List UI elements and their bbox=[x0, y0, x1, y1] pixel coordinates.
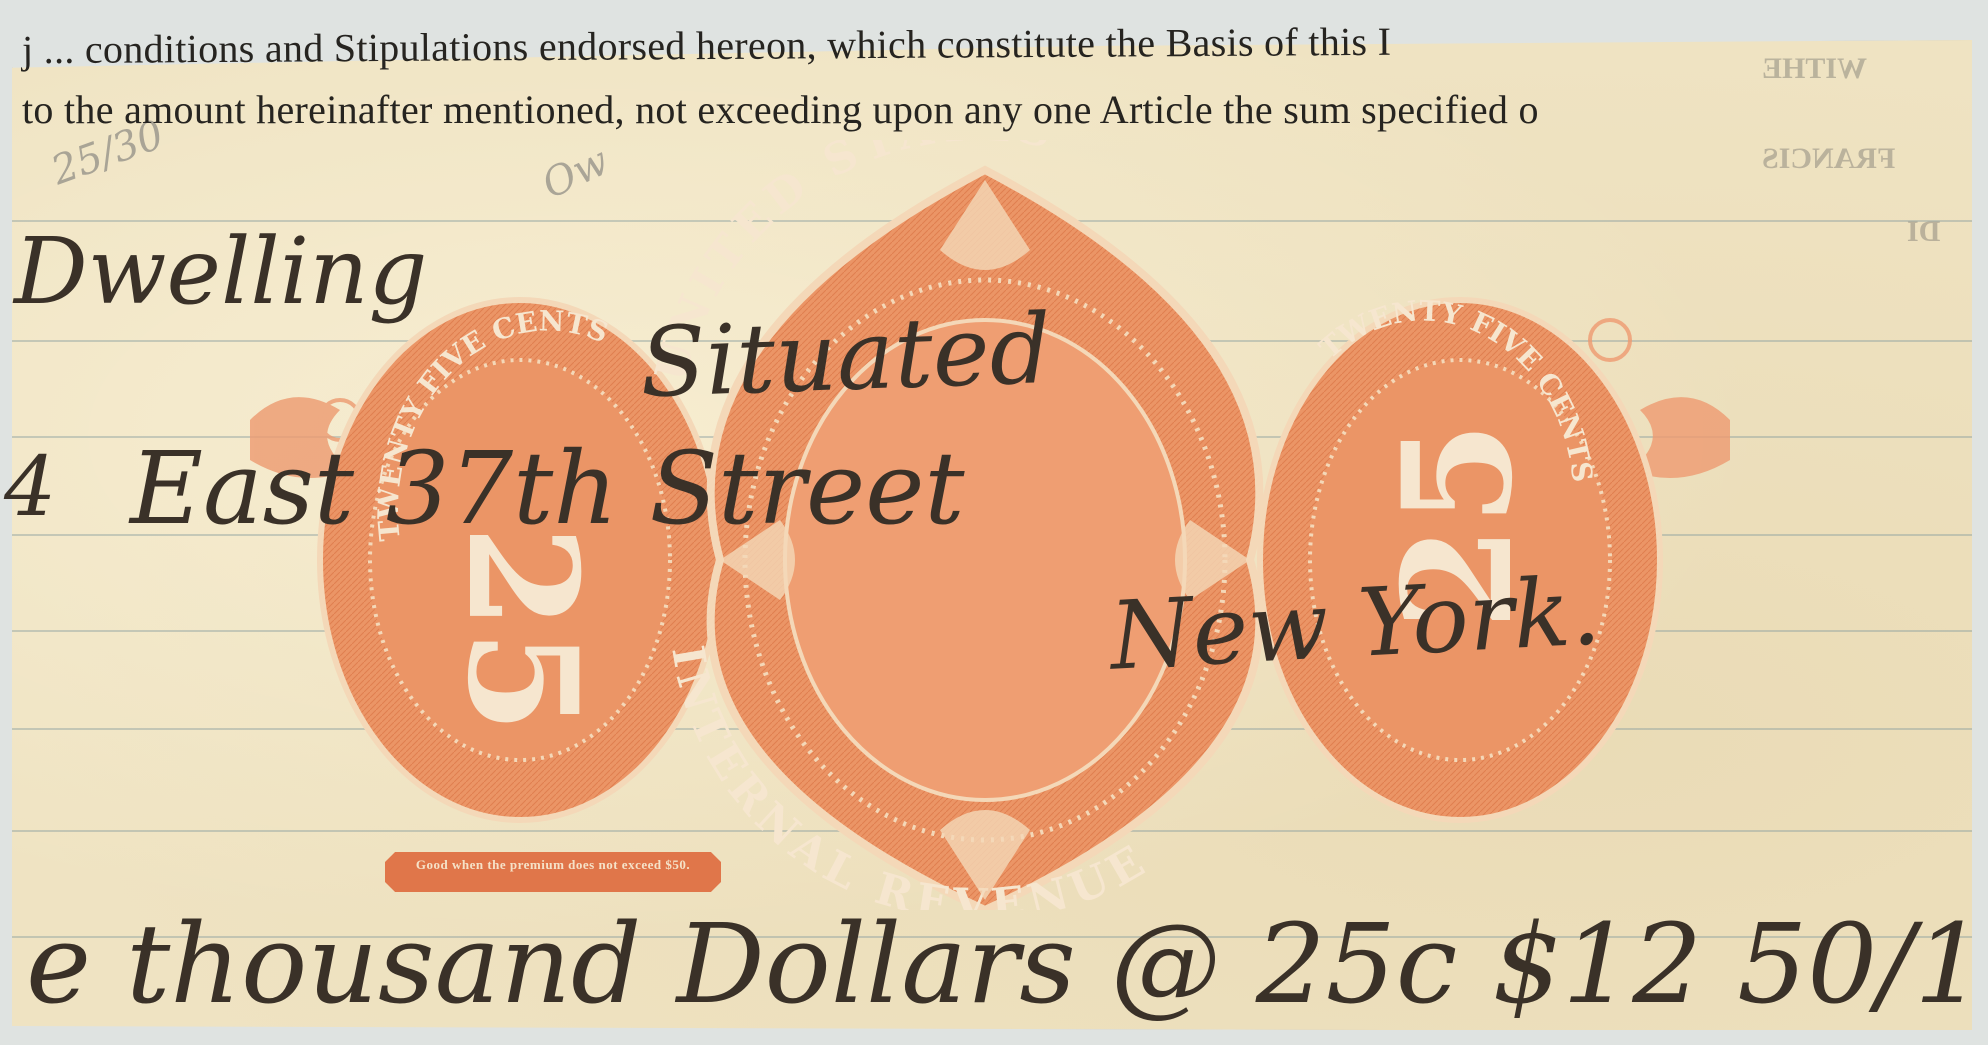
show-through-text: JOSEPH bbox=[1762, 8, 1879, 42]
show-through-text: DI bbox=[1907, 215, 1940, 249]
handwriting-dwelling: Dwelling bbox=[14, 218, 427, 325]
show-through-text: FRANCIS bbox=[1762, 142, 1895, 176]
handwriting-address: East 37th Street bbox=[130, 430, 965, 547]
stamp-left-value: 25 bbox=[434, 525, 610, 734]
printed-line-1: j ... conditions and Stipulations endors… bbox=[22, 18, 1392, 73]
stamp-premium-label: Good when the premium does not exceed $5… bbox=[385, 852, 721, 892]
handwriting-amount: e thousand Dollars @ 25c $12 50/100 bbox=[26, 900, 1988, 1028]
handwriting-number: 4 bbox=[4, 440, 56, 535]
handwriting-situated: Situated bbox=[638, 293, 1053, 419]
printed-line-2: to the amount hereinafter mentioned, not… bbox=[22, 86, 1539, 133]
show-through-text: WITHE bbox=[1762, 52, 1867, 86]
